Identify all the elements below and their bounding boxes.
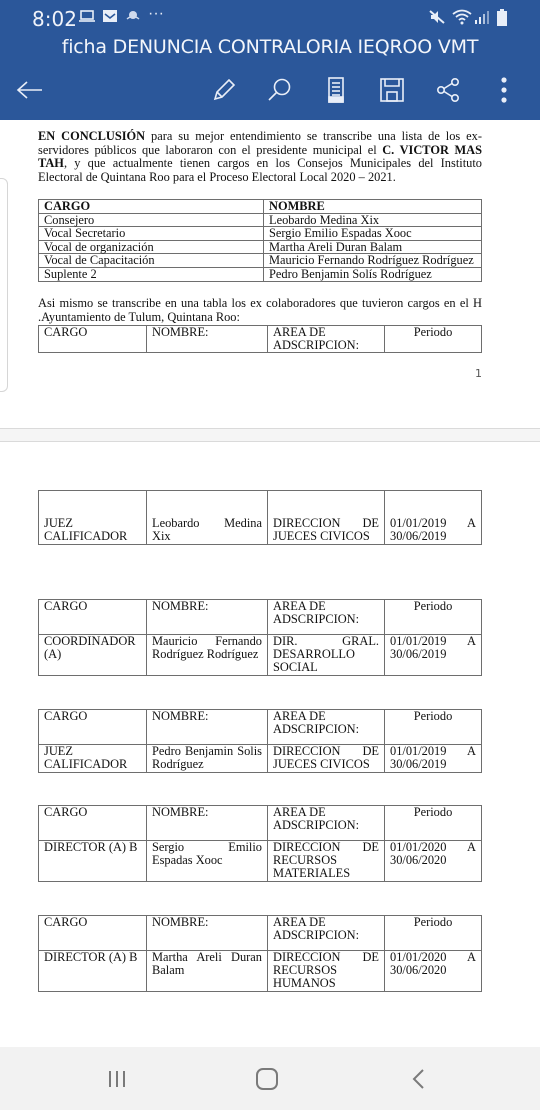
table-header-row: CARGONOMBRE:AREA DE ADSCRIPCION:Periodo [39, 710, 482, 745]
cell-periodo: 01/01/2019 A 30/06/2019 [385, 517, 482, 545]
edit-button[interactable] [206, 72, 242, 108]
table-header-row [39, 491, 482, 517]
cell-area: DIRECCION DE JUECES CIVICOS [268, 517, 385, 545]
table-header-row: CARGONOMBRE:AREA DE ADSCRIPCION:Periodo [39, 916, 482, 951]
intro-bold-lead: EN CONCLUSIÓN [38, 129, 145, 143]
back-chevron-icon [411, 1068, 427, 1090]
cell-area: DIRECCION DE JUECES CIVICOS [268, 745, 385, 773]
cell-nombre: Mauricio Fernando Rodríguez Rodríguez [147, 635, 268, 676]
table-row: DIRECTOR (A) BSergio Emilio Espadas Xooc… [39, 841, 482, 882]
cell-nombre: Leobardo Medina Xix [147, 517, 268, 545]
cell-cargo: DIRECTOR (A) B [39, 951, 147, 992]
header-cargo: CARGO [39, 200, 264, 214]
collaborator-table: JUEZ CALIFICADORLeobardo Medina XixDIREC… [38, 490, 482, 545]
save-icon [379, 77, 405, 103]
vpn-icon [125, 9, 141, 27]
cell-cargo: COORDINADOR (A) [39, 635, 147, 676]
cell-nombre: Sergio Emilio Espadas Xooc [147, 841, 268, 882]
cell-nombre: Martha Areli Duran Balam [147, 951, 268, 992]
table-row: JUEZ CALIFICADORPedro Benjamin Solis Rod… [39, 745, 482, 773]
signal-icon [474, 9, 490, 29]
collaborator-table: CARGONOMBRE:AREA DE ADSCRIPCION:PeriodoJ… [38, 709, 482, 773]
cell-cargo: JUEZ CALIFICADOR [39, 517, 147, 545]
back-nav-button[interactable] [399, 1065, 439, 1093]
header-nombre: NOMBRE [264, 200, 482, 214]
cell-periodo: 01/01/2020 A 30/06/2020 [385, 951, 482, 992]
home-button[interactable] [247, 1065, 287, 1093]
search-icon [267, 77, 293, 103]
mail-icon [102, 9, 118, 27]
cell-cargo: JUEZ CALIFICADOR [39, 745, 147, 773]
cell-nombre: Pedro Benjamin Solis Rodríguez [147, 745, 268, 773]
cell-area: DIR. GRAL. DESARROLLO SOCIAL [268, 635, 385, 676]
table-row: JUEZ CALIFICADORLeobardo Medina XixDIREC… [39, 517, 482, 545]
more-notifications-icon: ··· [148, 6, 164, 22]
cell-periodo: 01/01/2020 A 30/06/2020 [385, 841, 482, 882]
save-button[interactable] [374, 72, 410, 108]
page-separator [0, 428, 540, 442]
collaborator-table: CARGONOMBRE:AREA DE ADSCRIPCION:PeriodoC… [38, 599, 482, 676]
table-row: Vocal de organizaciónMartha Areli Duran … [39, 240, 482, 254]
collaborator-table: CARGONOMBRE:AREA DE ADSCRIPCION:PeriodoD… [38, 915, 482, 992]
scroll-handle[interactable] [0, 178, 8, 392]
recent-apps-icon [106, 1069, 128, 1089]
table-row: Suplente 2Pedro Benjamin Solís Rodríguez [39, 267, 482, 281]
status-bar: 8:02 ··· [0, 0, 540, 36]
share-icon [435, 77, 461, 103]
laptop-icon [78, 9, 96, 27]
table-row: Vocal SecretarioSergio Emilio Espadas Xo… [39, 227, 482, 241]
collaborator-table: CARGONOMBRE:AREA DE ADSCRIPCION:PeriodoD… [38, 805, 482, 882]
battery-icon [496, 9, 508, 31]
home-icon [255, 1068, 279, 1090]
page-number: 1 [475, 367, 482, 380]
cell-cargo: DIRECTOR (A) B [39, 841, 147, 882]
council-table: CARGO NOMBRE ConsejeroLeobardo Medina Xi… [38, 199, 482, 282]
table-header-row: CARGO NOMBRE [39, 200, 482, 214]
reading-mode-icon [326, 76, 346, 104]
cell-periodo: 01/01/2019 A 30/06/2019 [385, 745, 482, 773]
more-options-button[interactable] [486, 72, 522, 108]
status-time: 8:02 [32, 7, 77, 31]
second-paragraph: Asi mismo se transcribe en una tabla los… [38, 297, 482, 324]
back-button[interactable] [12, 72, 48, 108]
table-row: COORDINADOR (A)Mauricio Fernando Rodrígu… [39, 635, 482, 676]
cell-periodo: 01/01/2019 A 30/06/2019 [385, 635, 482, 676]
table-header-row: CARGONOMBRE:AREA DE ADSCRIPCION:Periodo [39, 806, 482, 841]
search-button[interactable] [262, 72, 298, 108]
recent-apps-button[interactable] [97, 1065, 137, 1093]
share-button[interactable] [430, 72, 466, 108]
table-header-row: CARGO NOMBRE: AREA DE ADSCRIPCION: Perio… [39, 326, 482, 353]
pencil-icon [211, 77, 237, 103]
mute-icon [428, 9, 446, 29]
system-nav-bar [0, 1047, 540, 1110]
table-header-row: CARGONOMBRE:AREA DE ADSCRIPCION:Periodo [39, 600, 482, 635]
app-bar: 8:02 ··· ficha DENUNCIA CONTRALORIA IEQR… [0, 0, 540, 120]
intro-paragraph: EN CONCLUSIÓN para su mejor entendimient… [38, 130, 482, 184]
back-arrow-icon [16, 80, 44, 100]
cell-area: DIRECCION DE RECURSOS MATERIALES [268, 841, 385, 882]
wifi-icon [452, 9, 472, 29]
table-row: Vocal de CapacitaciónMauricio Fernando R… [39, 254, 482, 268]
table-row: ConsejeroLeobardo Medina Xix [39, 213, 482, 227]
table-row: DIRECTOR (A) BMartha Areli Duran BalamDI… [39, 951, 482, 992]
more-vertical-icon [499, 76, 509, 104]
reading-mode-button[interactable] [318, 72, 354, 108]
document-title: ficha DENUNCIA CONTRALORIA IEQROO VMT [0, 36, 540, 58]
cell-area: DIRECCION DE RECURSOS HUMANOS [268, 951, 385, 992]
collaborators-header-table: CARGO NOMBRE: AREA DE ADSCRIPCION: Perio… [38, 325, 482, 353]
